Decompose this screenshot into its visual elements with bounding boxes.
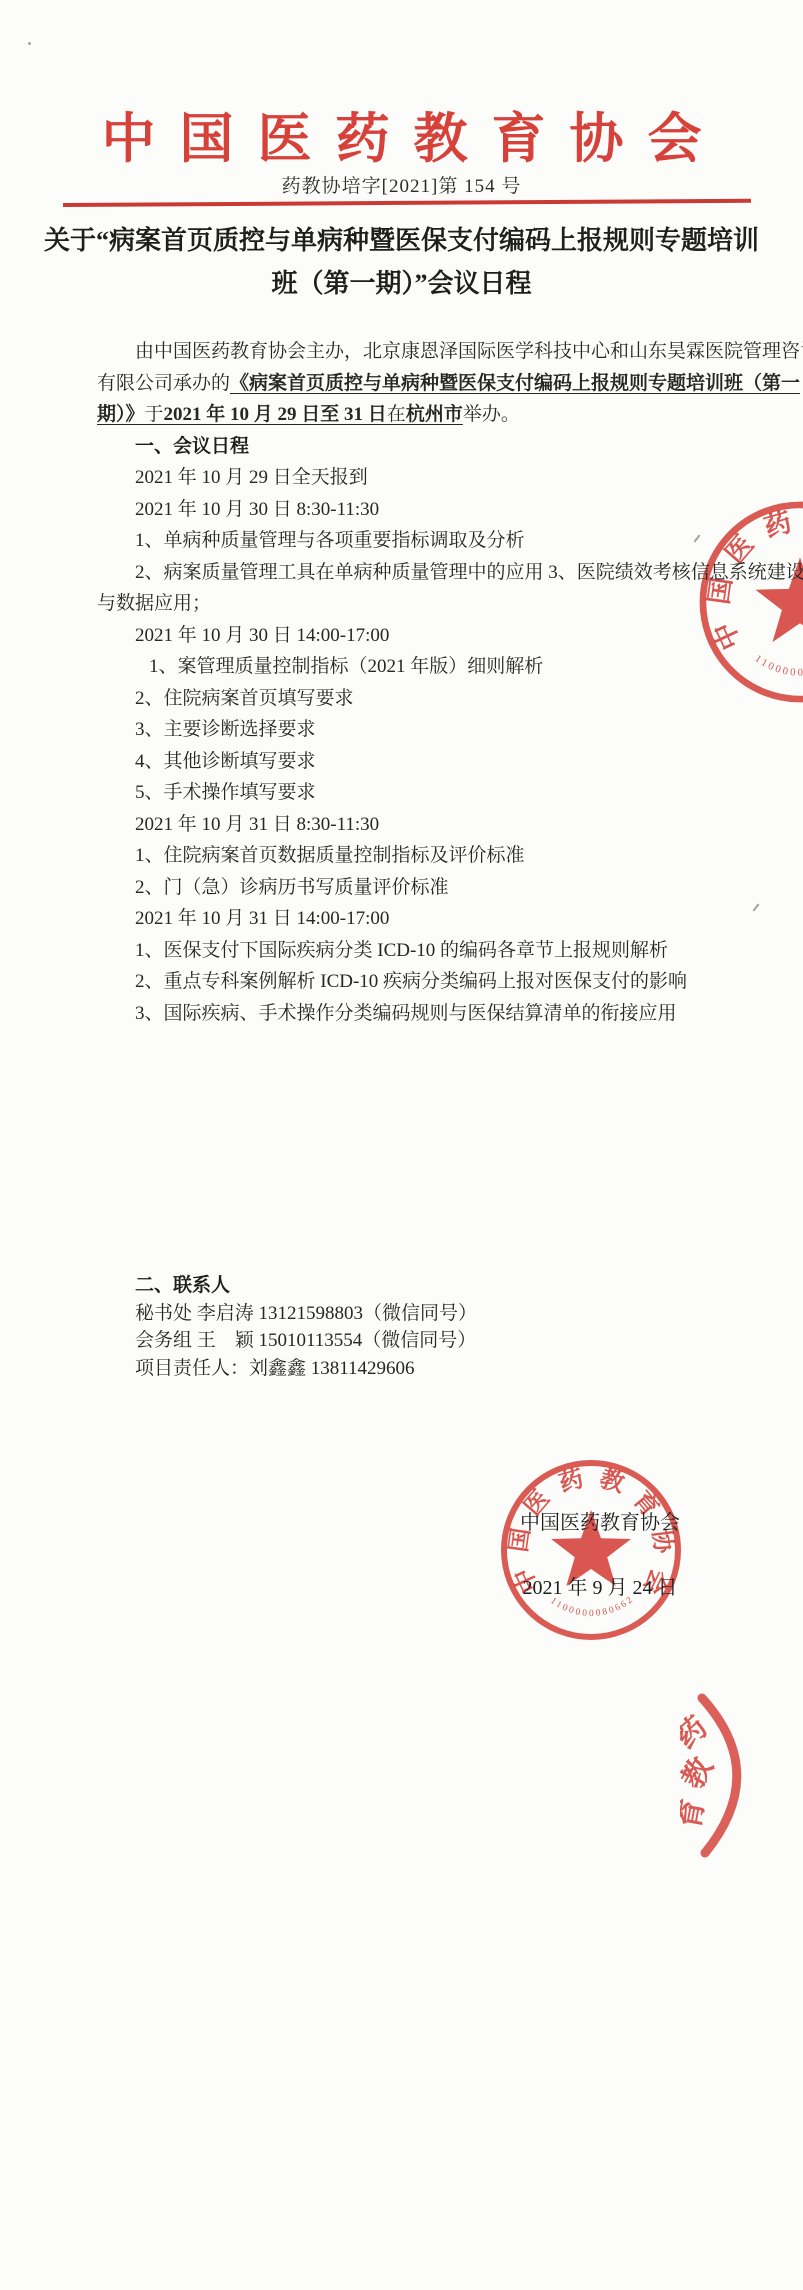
subject-heading: 关于“病案首页质控与单病种暨医保支付编码上报规则专题培训 班（第一期）”会议日程 — [0, 219, 803, 305]
seal-ring-char: 育 — [680, 1797, 710, 1832]
paragraph-text: 举办。 — [463, 404, 520, 425]
issue-date: 2021 年 9 月 24 日 — [500, 1571, 700, 1600]
paragraph-text: 在 — [387, 404, 406, 425]
schedule-line: 1、医保支付下国际疾病分类 ICD-10 的编码各章节上报规则解析 — [97, 935, 765, 967]
event-city-text: 杭州市 — [406, 404, 463, 425]
contact-line: 项目责任人：刘鑫鑫 13811429606 — [135, 1355, 477, 1383]
document-page: 中国医药教育协会 药教协培字[2021]第 154 号 关于“病案首页质控与单病… — [0, 0, 803, 2290]
schedule-line: 2、重点专科案例解析 ICD-10 疾病分类编码上报对医保支付的影响 — [97, 966, 765, 998]
subject-line: 班（第一期）”会议日程 — [0, 262, 803, 305]
paragraph-line: 期）》于2021 年 10 月 29 日至 31 日在杭州市举办。 — [97, 399, 765, 431]
schedule-line: 1、住院病案首页数据质量控制指标及评价标准 — [97, 840, 765, 872]
paragraph-text: 于 — [145, 404, 164, 425]
paragraph-text: 有限公司承办的 — [97, 373, 230, 394]
paragraph-line: 由中国医药教育协会主办，北京康恩泽国际医学科技中心和山东昊霖医院管理咨询 — [97, 336, 765, 368]
schedule-line: 2021 年 10 月 31 日 8:30-11:30 — [97, 809, 765, 841]
schedule-line: 5、手术操作填写要求 — [97, 777, 765, 809]
schedule-line: 2、门（急）诊病历书写质量评价标准 — [97, 872, 765, 904]
paragraph-text: 由中国医药教育协会主办，北京康恩泽国际医学科技中心和山东昊霖医院管理咨询 — [135, 341, 803, 362]
section-title-agenda: 一、会议日程 — [97, 431, 765, 463]
contact-section: 二、联系人 秘书处 李启涛 13121598803（微信同号） 会务组 王 颖 … — [135, 1272, 477, 1382]
scan-artifact — [28, 42, 31, 45]
schedule-line: 2021 年 10 月 29 日全天报到 — [97, 462, 765, 494]
course-title-text: 期）》 — [97, 404, 145, 425]
schedule-line: 4、其他诊断填写要求 — [97, 746, 765, 778]
schedule-line: 3、主要诊断选择要求 — [97, 714, 765, 746]
schedule-line: 3、国际疾病、手术操作分类编码规则与医保结算清单的衔接应用 — [97, 998, 765, 1030]
body-text: 由中国医药教育协会主办，北京康恩泽国际医学科技中心和山东昊霖医院管理咨询 有限公… — [97, 336, 765, 1029]
contact-line: 会务组 王 颖 15010113554（微信同号） — [135, 1327, 477, 1355]
letterhead-divider — [63, 199, 751, 207]
event-dates-text: 2021 年 10 月 29 日至 31 日 — [164, 404, 387, 425]
issuer-signature: 中国医药教育协会 — [500, 1506, 700, 1535]
seal-ring-char: 教 — [680, 1751, 720, 1794]
seal-ring-char: 药 — [761, 507, 795, 543]
course-title-text: 《病案首页质控与单病种暨医保支付编码上报规则专题培训班（第一 — [230, 373, 800, 394]
subject-line: 关于“病案首页质控与单病种暨医保支付编码上报规则专题培训 — [0, 219, 803, 262]
paragraph-line: 有限公司承办的《病案首页质控与单病种暨医保支付编码上报规则专题培训班（第一 — [97, 368, 765, 400]
schedule-line: 与数据应用； — [97, 588, 765, 620]
org-title: 中国医药教育协会 — [0, 96, 803, 173]
contact-line: 秘书处 李启涛 13121598803（微信同号） — [135, 1300, 477, 1328]
schedule-line: 2、病案质量管理工具在单病种质量管理中的应用 3、医院绩效考核信息系统建设 — [97, 557, 765, 589]
schedule-line: 1、单病种质量管理与各项重要指标调取及分析 — [97, 525, 765, 557]
official-seal-partial-arc-icon: 药 教 育 — [680, 1688, 803, 1863]
schedule-line: 2021 年 10 月 31 日 14:00-17:00 — [97, 903, 765, 935]
schedule-line: 2021 年 10 月 30 日 8:30-11:30 — [97, 494, 765, 526]
doc-number: 药教协培字[2021]第 154 号 — [0, 171, 803, 198]
section-title-contacts: 二、联系人 — [135, 1272, 477, 1300]
schedule-line: 1、案管理质量控制指标（2021 年版）细则解析 — [97, 651, 765, 683]
schedule-line: 2、住院病案首页填写要求 — [97, 683, 765, 715]
schedule-line: 2021 年 10 月 30 日 14:00-17:00 — [97, 620, 765, 652]
seal-ring-char: 药 — [680, 1711, 714, 1756]
official-seal-icon: 中 国 医 药 教 育 协 会 1100000080662 — [496, 1455, 686, 1645]
